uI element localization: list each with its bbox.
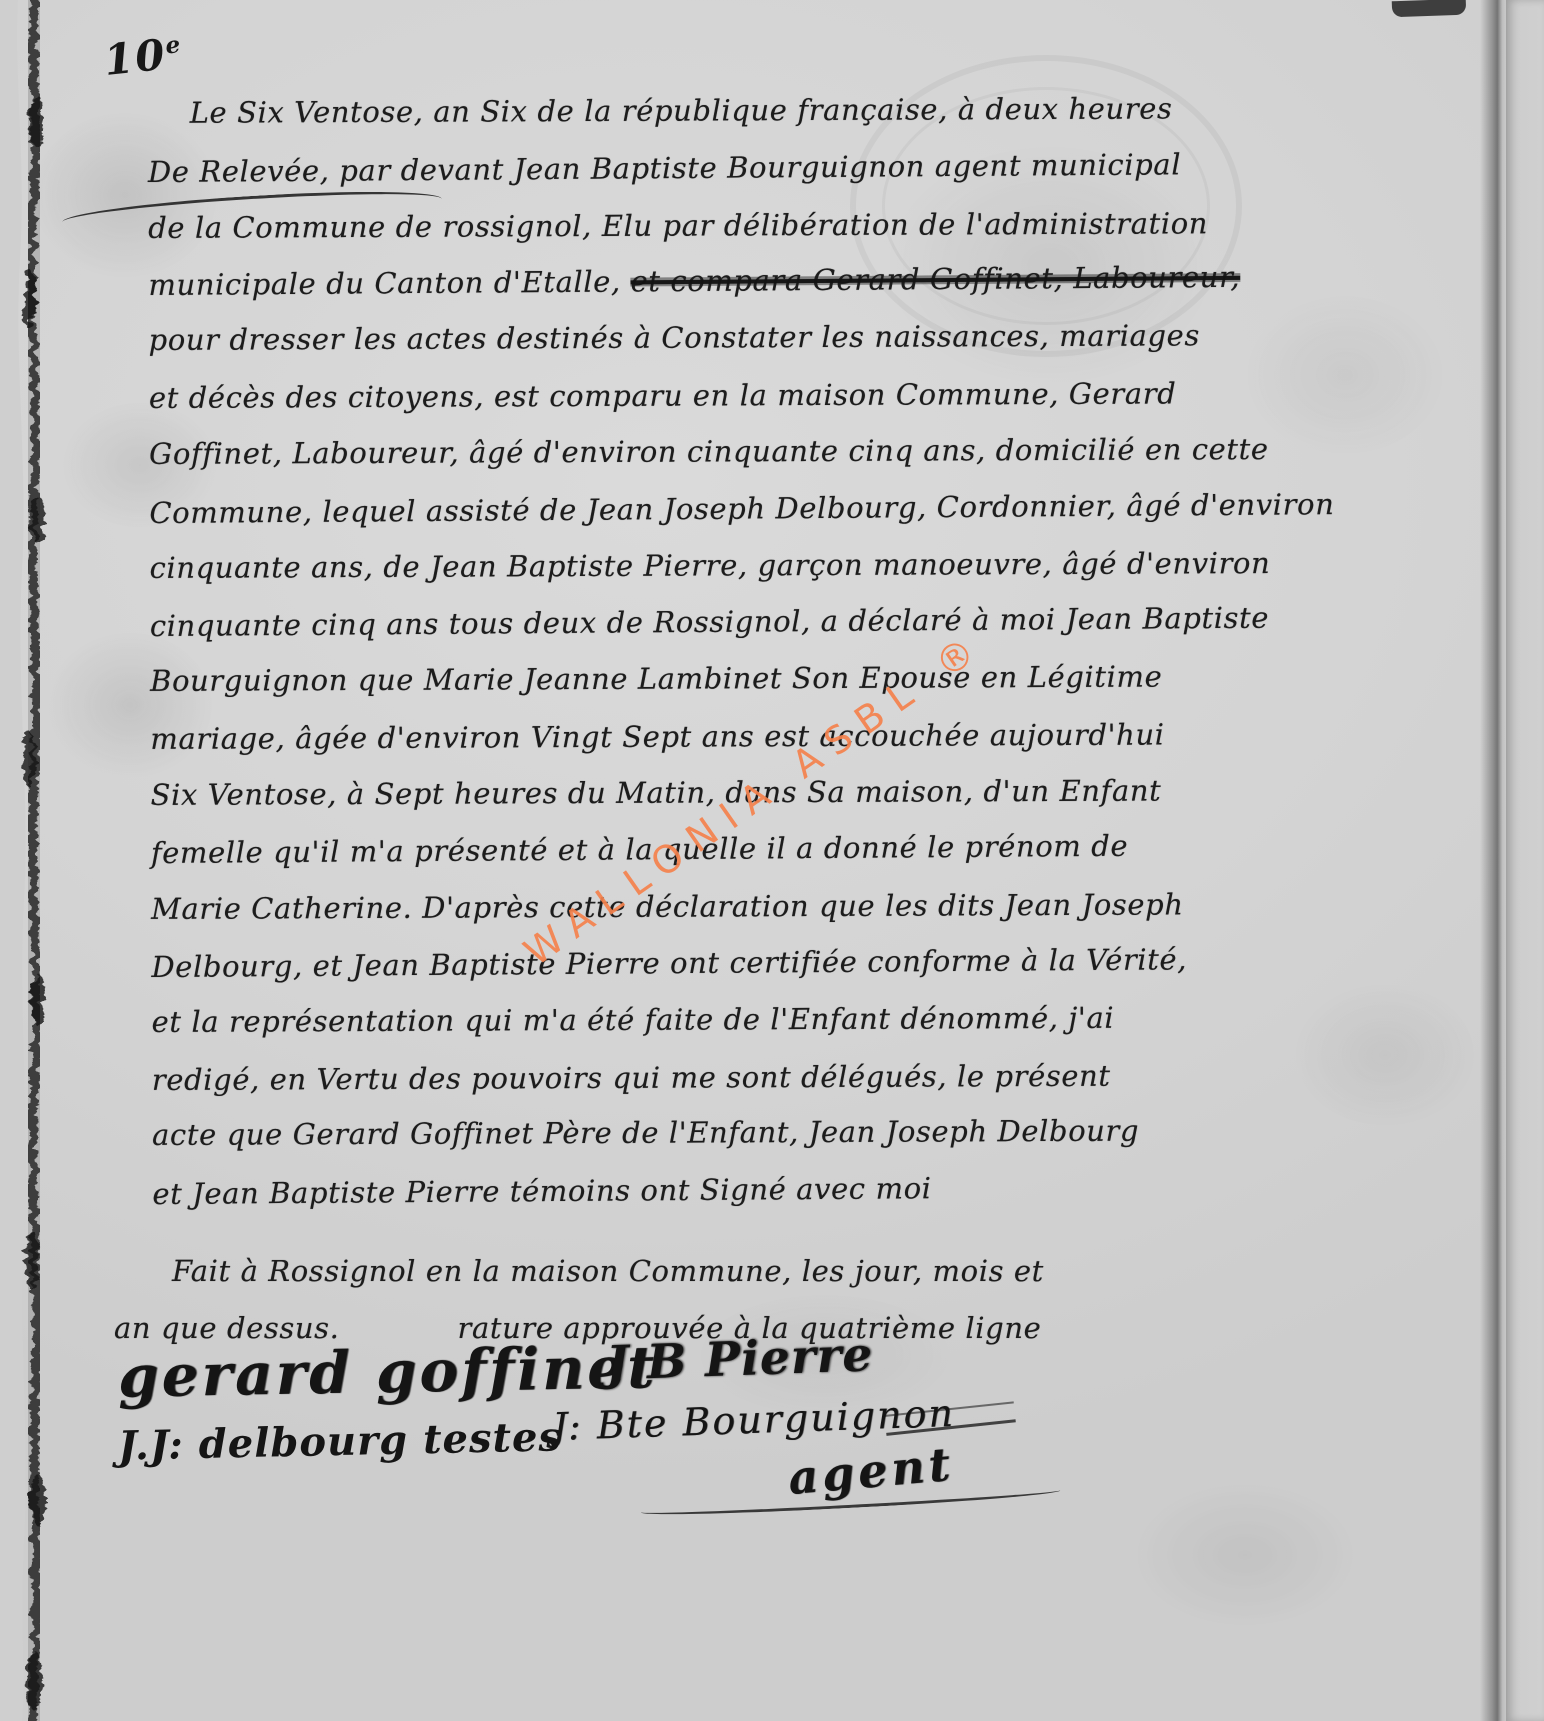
document-scan-page: 10e Le Six Ventose, an Six de la républi… xyxy=(0,0,1544,1721)
signature-jj-delbourg: J.J: delbourg testes xyxy=(118,1413,563,1469)
text-line-segment: De Relevée, par devant Jean Baptiste Bou… xyxy=(148,147,1181,189)
text-line-segment: cinquante ans, de Jean Baptiste Pierre, … xyxy=(150,546,1271,585)
text-line: acte que Gerard Goffinet Père de l'Enfan… xyxy=(152,1101,1492,1164)
text-line-segment: Le Six Ventose, an Six de la république … xyxy=(190,91,1173,129)
act-number: 10 xyxy=(102,30,169,85)
signature-agent-flourish: agent xyxy=(786,1437,956,1505)
text-line-segment: et Jean Baptiste Pierre témoins ont Sign… xyxy=(152,1171,931,1211)
signature-jb-pierre: J B Pierre xyxy=(605,1327,874,1391)
text-line-segment: redigé, en Vertu des pouvoirs qui me son… xyxy=(152,1058,1111,1096)
text-line: De Relevée, par devant Jean Baptiste Bou… xyxy=(148,134,1488,201)
text-line: femelle qu'il m'a présenté et à la quell… xyxy=(151,815,1491,882)
text-line: municipale du Canton d'Etalle, et compar… xyxy=(148,247,1488,314)
top-right-ink-blot xyxy=(1392,0,1467,17)
text-line-segment: mariage, âgée d'environ Vingt Sept ans e… xyxy=(150,717,1164,755)
text-line: et la représentation qui m'a été faite d… xyxy=(151,988,1491,1051)
text-line-segment: Delbourg, et Jean Baptiste Pierre ont ce… xyxy=(151,942,1187,984)
text-line: cinquante cinq ans tous deux de Rossigno… xyxy=(150,588,1490,655)
text-line-segment: acte que Gerard Goffinet Père de l'Enfan… xyxy=(152,1114,1139,1152)
text-line-segment: pour dresser les actes destinés à Consta… xyxy=(149,319,1200,358)
text-line: Commune, lequel assisté de Jean Joseph D… xyxy=(149,475,1489,542)
text-line-segment: Goffinet, Laboureur, âgé d'environ cinqu… xyxy=(149,432,1269,471)
text-line: et décès des citoyens, est comparu en la… xyxy=(149,364,1489,427)
text-line-segment: Six Ventose, à Sept heures du Matin, dan… xyxy=(151,773,1162,811)
text-line-segment: et décès des citoyens, est comparu en la… xyxy=(149,376,1177,414)
text-line-segment: Commune, lequel assisté de Jean Joseph D… xyxy=(149,487,1334,530)
text-line-segment: municipale du Canton d'Etalle, xyxy=(148,265,630,303)
act-body-text: Le Six Ventose, an Six de la république … xyxy=(148,79,1493,1221)
text-line: Le Six Ventose, an Six de la république … xyxy=(148,79,1488,142)
closing-line-1: Fait à Rossignol en la maison Commune, l… xyxy=(150,1243,1044,1300)
text-line: redigé, en Vertu des pouvoirs qui me son… xyxy=(152,1046,1492,1109)
text-line-segment: Bourguignon que Marie Jeanne Lambinet So… xyxy=(150,659,1162,697)
text-line-segment: cinquante cinq ans tous deux de Rossigno… xyxy=(150,601,1269,643)
act-number-suffix: e xyxy=(164,31,183,60)
text-line: Bourguignon que Marie Jeanne Lambinet So… xyxy=(150,647,1490,710)
text-line: et Jean Baptiste Pierre témoins ont Sign… xyxy=(152,1156,1492,1223)
adjacent-page-strip xyxy=(1506,0,1544,1721)
text-line: pour dresser les actes destinés à Consta… xyxy=(149,306,1489,369)
struck-through-text: et compara Gerard Goffinet, Laboureur, xyxy=(630,260,1240,299)
signature-gerard-goffinet: gerard goffinet xyxy=(117,1333,657,1410)
text-line: cinquante ans, de Jean Baptiste Pierre, … xyxy=(150,534,1490,597)
text-line: Delbourg, et Jean Baptiste Pierre ont ce… xyxy=(151,929,1491,996)
text-line-segment: Marie Catherine. D'après cette déclarati… xyxy=(151,888,1184,927)
act-number-margin-note: 10e xyxy=(102,28,186,85)
text-line: Marie Catherine. D'après cette déclarati… xyxy=(151,875,1491,938)
text-line-segment: de la Commune de rossignol, Elu par déli… xyxy=(148,206,1208,245)
text-line-segment: et la représentation qui m'a été faite d… xyxy=(152,1000,1115,1038)
text-line: de la Commune de rossignol, Elu par déli… xyxy=(148,194,1488,257)
text-line: Goffinet, Laboureur, âgé d'environ cinqu… xyxy=(149,420,1489,483)
